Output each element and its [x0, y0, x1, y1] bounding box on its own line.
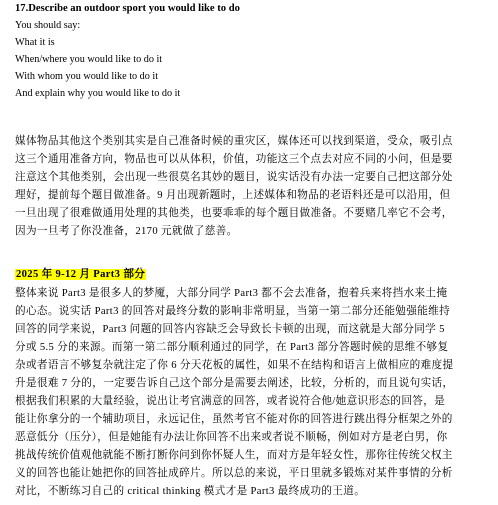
section-heading: 2025 年 9-12 月 Part3 部分: [15, 268, 146, 282]
paragraph-line: 理好，提前每个题目做准备。9 月出现新题时，上述媒体和物品的老语料还是可以沿用，…: [15, 189, 450, 203]
paragraph-line: 媒体物品其他这个类别其实是自己准备时候的重灾区，媒体还可以找到渠道，受众，吸引点: [15, 135, 453, 149]
highlighted-heading: 2025 年 9-12 月 Part3 部分: [15, 269, 146, 280]
paragraph-line: 根据我们积累的大量经验，说出让考官满意的回答，或者说符合他/她意识形态的回答，是: [15, 395, 445, 409]
paragraph-line: 整体来说 Part3 是很多人的梦魇，大部分同学 Part3 都不会去准备，抱着…: [15, 287, 447, 301]
question-prompt: With whom you would like to do it: [15, 70, 158, 84]
paragraph-line: 这三个通用准备方向，物品也可以从体积，价值，功能这三个点去对应不同的小问，但是要: [15, 153, 453, 167]
paragraph-line: 因为一旦考了你没准备，2170 元就做了慈善。: [15, 225, 238, 239]
question-prompt: When/where you would like to do it: [15, 53, 162, 67]
document-page: 17.Describe an outdoor sport you would l…: [0, 0, 498, 505]
question-prompt: And explain why you would like to do it: [15, 87, 180, 101]
paragraph-line: 恶意低分（压分），但是她能有办法让你回答不出来或者说不顺畅，例如对方是老白男，你: [15, 431, 447, 445]
paragraph-line: 一旦出现了很难做通用处理的其他类，也要乖乖的每个题目做准备。不要赌几率它不会考，: [15, 207, 453, 221]
question-prompt: What it is: [15, 36, 55, 50]
paragraph-line: 对比，不断练习自己的 critical thinking 模式才是 Part3 …: [15, 485, 365, 499]
question-prompt: You should say:: [15, 19, 80, 33]
paragraph-line: 的心态。说实话 Part3 的回答对最终分数的影响非常明显，当第一第二部分还能勉…: [15, 305, 450, 319]
question-title: 17.Describe an outdoor sport you would l…: [15, 2, 240, 16]
paragraph-line: 注意这个其他类别，会出现一些很莫名其妙的题目，说实话没有办法一定要自己把这部分处: [15, 171, 453, 185]
paragraph-line: 回答的同学来说，Part3 问题的回答内容缺乏会导致长卡顿的出现，而这就是大部分…: [15, 323, 445, 337]
paragraph-line: 义的回答也能让她把你的回答扯成碎片。所以总的来说，平日里就多锻炼对某件事情的分析: [15, 467, 453, 481]
paragraph-line: 升是很难 7 分的，一定要告诉自己这个部分是需要去阐述，比较，分析的，而且说句实…: [15, 377, 453, 391]
paragraph-line: 分或 5.5 分的来源。而第一第二部分顺利通过的同学，在 Part3 部分答题时…: [15, 341, 448, 355]
paragraph-line: 挑战传统价值观他就能不断打断你问到你怀疑人生，而对方是年轻女性，那你往传统父权主: [15, 449, 453, 463]
paragraph-line: 能让你拿分的一个辅助项目，永远记住，虽然考官不能对你的回答进行跳出得分框架之外的: [15, 413, 453, 427]
paragraph-line: 杂或者语言不够复杂就注定了你 6 分天花板的属性，如果不在结构和语言上做相应的难…: [15, 359, 453, 373]
